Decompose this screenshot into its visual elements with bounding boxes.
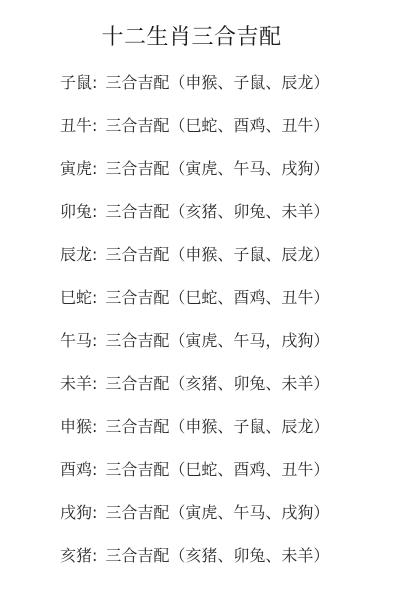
match-label: 三合吉配 <box>105 412 169 455</box>
match-label: 三合吉配 <box>105 68 169 111</box>
match-group: （亥猪、卯兔、未羊） <box>169 541 329 584</box>
match-group: （申猴、子鼠、辰龙） <box>169 68 329 111</box>
zodiac-animal: 子鼠 <box>60 68 92 111</box>
list-item: 卯兔:三合吉配（亥猪、卯兔、未羊） <box>60 197 360 240</box>
zodiac-animal: 亥猪 <box>60 541 92 584</box>
list-item: 丑牛:三合吉配（巳蛇、酉鸡、丑牛） <box>60 111 360 154</box>
match-group: （申猴、子鼠、辰龙） <box>169 412 329 455</box>
separator: : <box>92 197 97 240</box>
separator: : <box>92 412 97 455</box>
zodiac-list: 子鼠:三合吉配（申猴、子鼠、辰龙） 丑牛:三合吉配（巳蛇、酉鸡、丑牛） 寅虎:三… <box>60 68 360 584</box>
match-group: （寅虎、午马，戌狗） <box>169 326 329 369</box>
match-group: （寅虎、午马、戌狗） <box>169 154 329 197</box>
match-label: 三合吉配 <box>105 455 169 498</box>
list-item: 酉鸡:三合吉配（巳蛇、酉鸡、丑牛） <box>60 455 360 498</box>
match-group: （巳蛇、酉鸡、丑牛） <box>169 283 329 326</box>
separator: : <box>92 541 97 584</box>
separator: : <box>92 154 97 197</box>
separator: : <box>92 283 97 326</box>
separator: : <box>92 111 97 154</box>
match-group: （寅虎、午马、戌狗） <box>169 498 329 541</box>
match-label: 三合吉配 <box>105 541 169 584</box>
match-label: 三合吉配 <box>105 240 169 283</box>
match-group: （巳蛇、酉鸡、丑牛） <box>169 455 329 498</box>
zodiac-animal: 午马 <box>60 326 92 369</box>
match-group: （亥猪、卯兔、未羊） <box>169 369 329 412</box>
separator: : <box>92 326 97 369</box>
match-label: 三合吉配 <box>105 197 169 240</box>
match-label: 三合吉配 <box>105 111 169 154</box>
match-label: 三合吉配 <box>105 498 169 541</box>
list-item: 戌狗:三合吉配（寅虎、午马、戌狗） <box>60 498 360 541</box>
list-item: 寅虎:三合吉配（寅虎、午马、戌狗） <box>60 154 360 197</box>
list-item: 午马:三合吉配（寅虎、午马，戌狗） <box>60 326 360 369</box>
list-item: 未羊:三合吉配（亥猪、卯兔、未羊） <box>60 369 360 412</box>
list-item: 巳蛇:三合吉配（巳蛇、酉鸡、丑牛） <box>60 283 360 326</box>
match-group: （巳蛇、酉鸡、丑牛） <box>169 111 329 154</box>
separator: : <box>92 240 97 283</box>
zodiac-animal: 寅虎 <box>60 154 92 197</box>
list-item: 申猴:三合吉配（申猴、子鼠、辰龙） <box>60 412 360 455</box>
page-title: 十二生肖三合吉配 <box>0 22 383 54</box>
match-label: 三合吉配 <box>105 283 169 326</box>
list-item: 子鼠:三合吉配（申猴、子鼠、辰龙） <box>60 68 360 111</box>
zodiac-animal: 申猴 <box>60 412 92 455</box>
zodiac-animal: 巳蛇 <box>60 283 92 326</box>
match-label: 三合吉配 <box>105 369 169 412</box>
match-group: （申猴、子鼠、辰龙） <box>169 240 329 283</box>
list-item: 亥猪:三合吉配（亥猪、卯兔、未羊） <box>60 541 360 584</box>
separator: : <box>92 68 97 111</box>
zodiac-animal: 辰龙 <box>60 240 92 283</box>
zodiac-animal: 酉鸡 <box>60 455 92 498</box>
list-item: 辰龙:三合吉配（申猴、子鼠、辰龙） <box>60 240 360 283</box>
zodiac-animal: 戌狗 <box>60 498 92 541</box>
separator: : <box>92 369 97 412</box>
separator: : <box>92 455 97 498</box>
zodiac-animal: 未羊 <box>60 369 92 412</box>
separator: : <box>92 498 97 541</box>
match-group: （亥猪、卯兔、未羊） <box>169 197 329 240</box>
zodiac-animal: 丑牛 <box>60 111 92 154</box>
zodiac-animal: 卯兔 <box>60 197 92 240</box>
match-label: 三合吉配 <box>105 326 169 369</box>
match-label: 三合吉配 <box>105 154 169 197</box>
